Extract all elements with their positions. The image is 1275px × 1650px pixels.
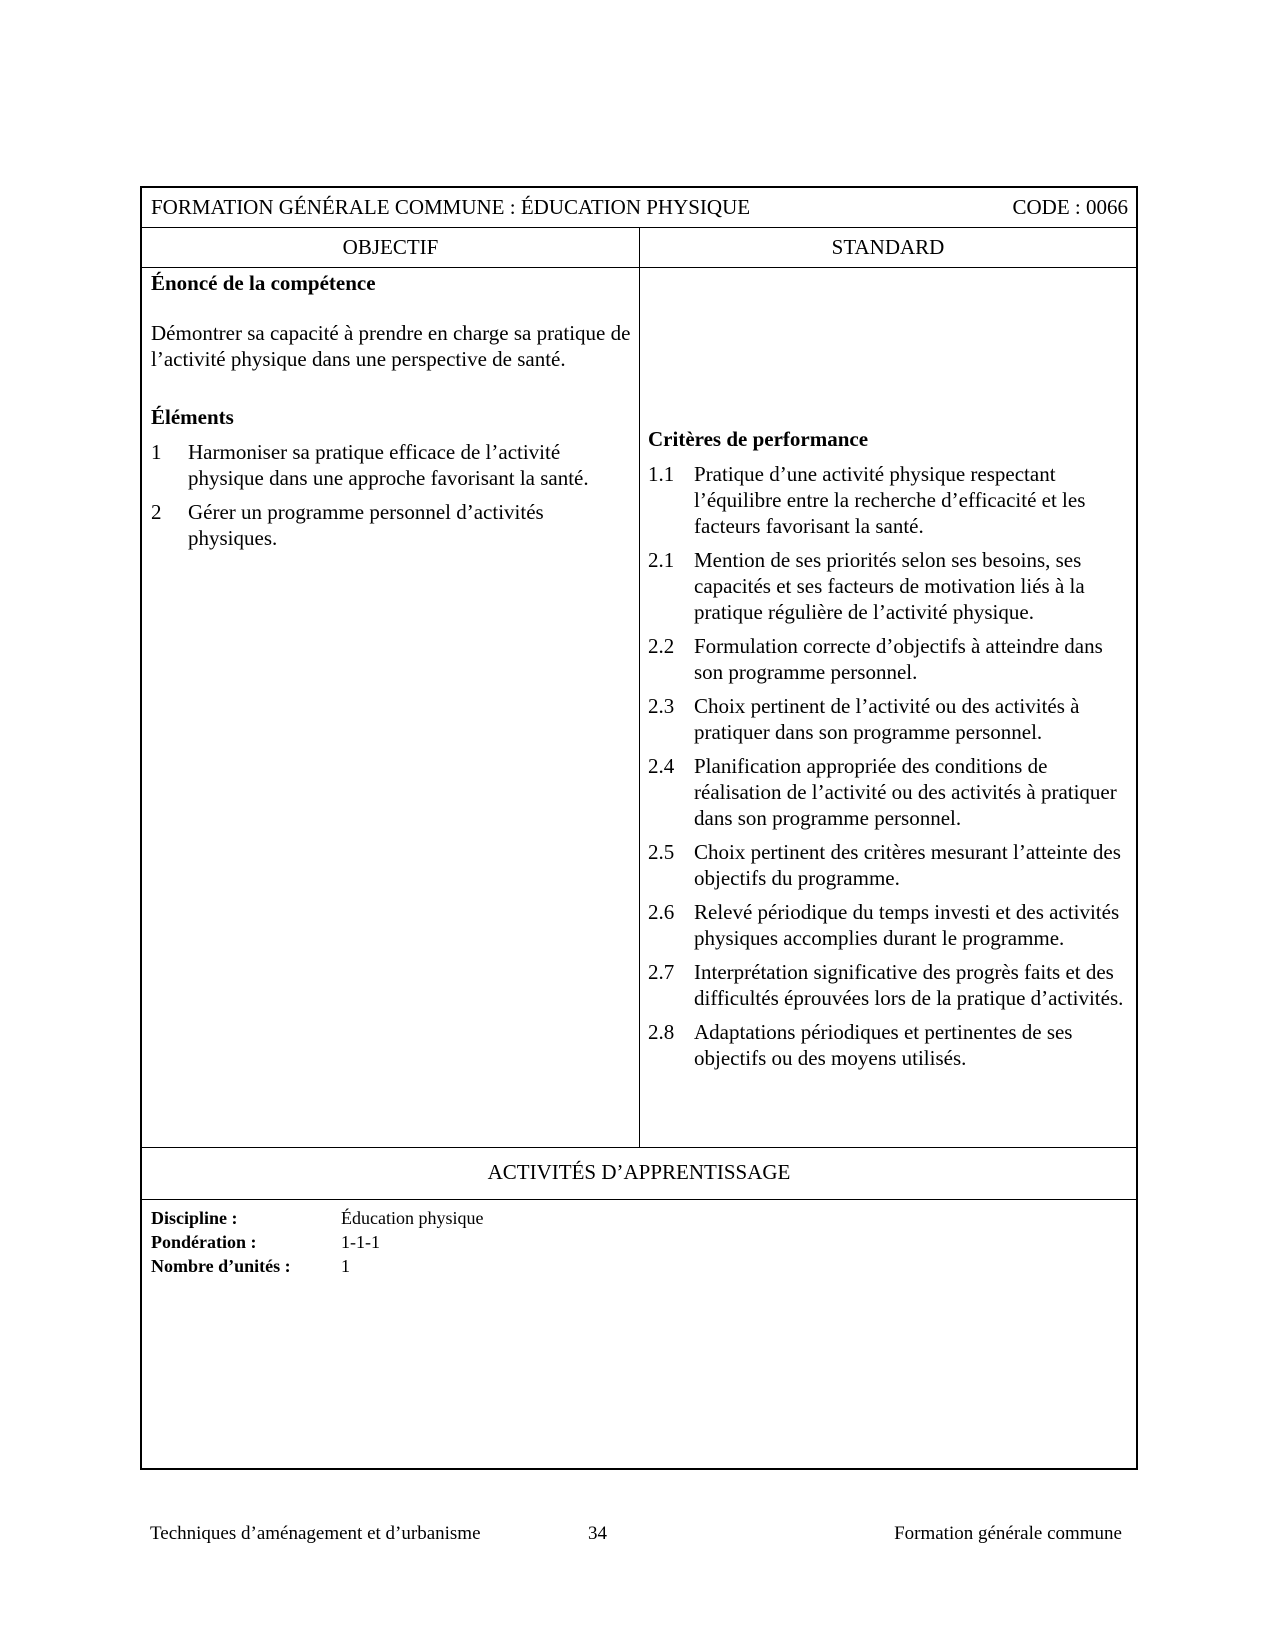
critere-item: 1.1Pratique d’une activité physique resp… (648, 461, 1133, 539)
course-code: CODE : 0066 (1013, 195, 1129, 220)
critere-item-number: 2.6 (648, 899, 674, 925)
meta-label: Discipline : (151, 1206, 238, 1230)
standard-header: STANDARD (640, 235, 1136, 260)
critere-item-text: Pratique d’une activité physique respect… (694, 462, 1085, 538)
element-item-number: 2 (151, 499, 162, 525)
element-item-text: Harmoniser sa pratique efficace de l’act… (188, 440, 589, 490)
critere-item-text: Formulation correcte d’objectifs à attei… (694, 634, 1103, 684)
meta-value: 1-1-1 (341, 1230, 380, 1254)
meta-value: Éducation physique (341, 1206, 483, 1230)
critere-item: 2.3Choix pertinent de l’activité ou des … (648, 693, 1133, 745)
activites-row: ACTIVITÉS D’APPRENTISSAGE (142, 1147, 1136, 1200)
elements-list: 1Harmoniser sa pratique efficace de l’ac… (151, 439, 631, 551)
critere-item-number: 2.3 (648, 693, 674, 719)
critere-item: 2.5Choix pertinent des critères mesurant… (648, 839, 1133, 891)
critere-item: 2.2Formulation correcte d’objectifs à at… (648, 633, 1133, 685)
critere-item-text: Choix pertinent de l’activité ou des act… (694, 694, 1079, 744)
title-row: FORMATION GÉNÉRALE COMMUNE : ÉDUCATION P… (142, 188, 1136, 228)
critere-item-number: 2.7 (648, 959, 674, 985)
elements-heading: Éléments (151, 404, 631, 430)
critere-item-number: 2.4 (648, 753, 674, 779)
critere-item: 2.4Planification appropriée des conditio… (648, 753, 1133, 831)
element-item: 1Harmoniser sa pratique efficace de l’ac… (151, 439, 631, 491)
critere-item: 2.7Interprétation significative des prog… (648, 959, 1133, 1011)
critere-item-number: 2.1 (648, 547, 674, 573)
document-title: FORMATION GÉNÉRALE COMMUNE : ÉDUCATION P… (151, 195, 750, 220)
objectif-header: OBJECTIF (142, 235, 639, 260)
footer-section: Formation générale commune (894, 1523, 1122, 1545)
footer-program: Techniques d’aménagement et d’urbanisme (150, 1523, 481, 1545)
page-number: 34 (588, 1523, 607, 1545)
competency-table: FORMATION GÉNÉRALE COMMUNE : ÉDUCATION P… (140, 186, 1138, 1470)
meta-label: Nombre d’unités : (151, 1254, 291, 1278)
critere-item-number: 2.8 (648, 1019, 674, 1045)
critere-item-number: 2.2 (648, 633, 674, 659)
enonce-heading: Énoncé de la compétence (151, 270, 631, 296)
column-divider (639, 228, 640, 1147)
activites-title: ACTIVITÉS D’APPRENTISSAGE (142, 1160, 1136, 1185)
critere-item-text: Mention de ses priorités selon ses besoi… (694, 548, 1085, 624)
meta-label: Pondération : (151, 1230, 257, 1254)
critere-item-number: 2.5 (648, 839, 674, 865)
enonce-text: Démontrer sa capacité à prendre en charg… (151, 320, 631, 372)
criteres-heading: Critères de performance (648, 426, 1133, 452)
critere-item-text: Adaptations périodiques et pertinentes d… (694, 1020, 1072, 1070)
critere-item-text: Relevé périodique du temps investi et de… (694, 900, 1119, 950)
standard-column: Critères de performance 1.1Pratique d’un… (648, 268, 1133, 1079)
element-item: 2Gérer un programme personnel d’activité… (151, 499, 631, 551)
critere-item-number: 1.1 (648, 461, 674, 487)
element-item-text: Gérer un programme personnel d’activités… (188, 500, 544, 550)
critere-item: 2.8Adaptations périodiques et pertinente… (648, 1019, 1133, 1071)
objectif-column: Énoncé de la compétence Démontrer sa cap… (151, 268, 631, 559)
critere-item-text: Interprétation significative des progrès… (694, 960, 1123, 1010)
page-footer: Techniques d’aménagement et d’urbanisme … (150, 1523, 1122, 1551)
critere-item-text: Planification appropriée des conditions … (694, 754, 1117, 830)
critere-item: 2.1Mention de ses priorités selon ses be… (648, 547, 1133, 625)
critere-item-text: Choix pertinent des critères mesurant l’… (694, 840, 1121, 890)
criteres-list: 1.1Pratique d’une activité physique resp… (648, 461, 1133, 1071)
critere-item: 2.6Relevé périodique du temps investi et… (648, 899, 1133, 951)
element-item-number: 1 (151, 439, 162, 465)
meta-value: 1 (341, 1254, 350, 1278)
